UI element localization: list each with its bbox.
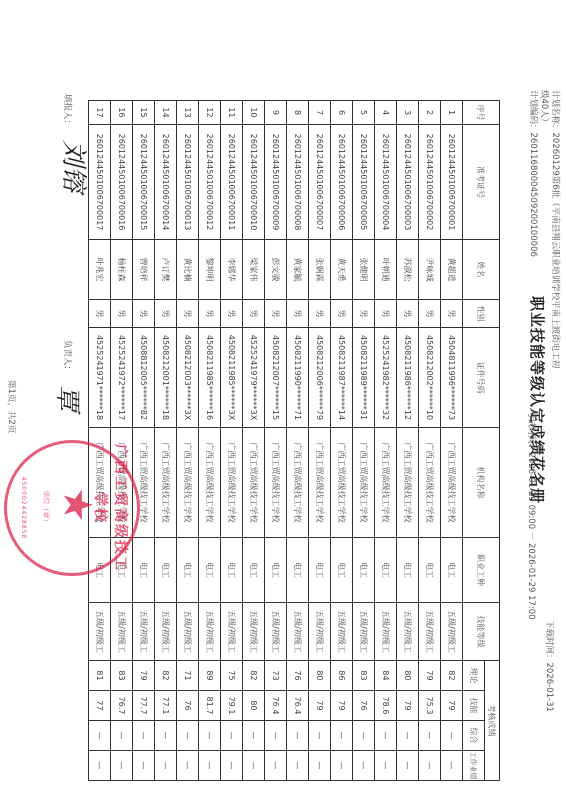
cell-skill: 79 [331, 691, 353, 721]
download-time-value: 2026-01-31 [544, 663, 554, 712]
cell-job: 电工 [419, 538, 441, 603]
download-time-label: 下载时间： [544, 620, 554, 663]
cell-level: 五级/初级工 [419, 603, 441, 661]
header-name: 姓名 [463, 240, 500, 300]
cell-theory: 86 [331, 661, 353, 691]
cell-skill: 77.7 [133, 691, 155, 721]
cell-ticket: 2601244501006700005 [353, 125, 375, 240]
cell-no: 14 [155, 101, 177, 125]
cell-sex: 男 [177, 300, 199, 328]
cell-skill: 79 [309, 691, 331, 721]
cell-skill: 78.6 [375, 691, 397, 721]
cell-level: 五级/初级工 [177, 603, 199, 661]
cell-no: 17 [89, 101, 111, 125]
cell-id: 4508212006******79 [309, 328, 331, 428]
cell-level: 五级/初级工 [287, 603, 309, 661]
cell-ticket: 2601244501006700013 [177, 125, 199, 240]
cell-name: 彭文骏 [265, 240, 287, 300]
cell-overall: — [441, 721, 463, 751]
filler-signature: 刘镕 [57, 140, 94, 192]
cell-id: 4525241971******18 [89, 328, 111, 428]
header-no: 序号 [463, 101, 500, 125]
cell-level: 五级/初级工 [375, 603, 397, 661]
header-ticket: 准考证号 [463, 125, 500, 240]
cell-name: 黄比楠 [177, 240, 199, 300]
table-row: 172601244501006700017叶兆宏男4525241971*****… [89, 101, 111, 781]
cell-level: 五级/初级工 [441, 603, 463, 661]
seal-sub-text: 单位（章） [41, 443, 51, 573]
cell-theory: 82 [243, 661, 265, 691]
plan-code-value: 26011680004509200100006 [528, 133, 538, 257]
header-overall: 综合 [463, 721, 485, 751]
cell-id: 4525241982******32 [375, 328, 397, 428]
cell-job: 电工 [133, 538, 155, 603]
cell-skill: 76.4 [265, 691, 287, 721]
cell-id: 4525241979******3X [243, 328, 265, 428]
cell-sex: 男 [375, 300, 397, 328]
header-id: 证件号码 [463, 328, 500, 428]
cell-sex: 男 [243, 300, 265, 328]
cell-id: 4508211987******14 [331, 328, 353, 428]
cell-theory: 76 [287, 661, 309, 691]
cell-no: 1 [441, 101, 463, 125]
cell-ticket: 2601244501006700010 [243, 125, 265, 240]
table-row: 52601244501006700005张健明男4508211989******… [353, 101, 375, 781]
exam-time: 考试时间：2026-01-29 09:00 － 2026-01-29 17:00 [526, 410, 538, 620]
table-row: 22601244501006700002尹咏城男4508212002******… [419, 101, 441, 781]
cell-ticket: 2601244501006700008 [287, 125, 309, 240]
cell-skill: 77.1 [155, 691, 177, 721]
cell-overall: — [111, 721, 133, 751]
cell-theory: 83 [111, 661, 133, 691]
cell-no: 5 [353, 101, 375, 125]
cell-overall: — [397, 721, 419, 751]
roster-body: 12601244501006700001黄超道男4504811996******… [89, 101, 463, 781]
cell-theory: 80 [397, 661, 419, 691]
responsible-label: 负责人： [62, 340, 74, 374]
cell-theory: 89 [199, 661, 221, 691]
table-row: 42601244501006700004叶朝通男4525241982******… [375, 101, 397, 781]
cell-org: 广西工贸高级技工学校 [177, 428, 199, 538]
header-org: 机构名称 [463, 428, 500, 538]
cell-org: 广西工贸高级技工学校 [331, 428, 353, 538]
cell-overall: — [89, 721, 111, 751]
cell-job: 电工 [199, 538, 221, 603]
cell-ticket: 2601244501006700016 [111, 125, 133, 240]
plan-name-label: 计划名称： [550, 90, 560, 133]
cell-id: 4508211985******3X [221, 328, 243, 428]
cell-level: 五级/初级工 [309, 603, 331, 661]
cell-theory: 83 [353, 661, 375, 691]
cell-no: 12 [199, 101, 221, 125]
cell-job: 电工 [265, 538, 287, 603]
cell-no: 13 [177, 101, 199, 125]
cell-theory: 81 [89, 661, 111, 691]
cell-name: 黄家毓 [287, 240, 309, 300]
cell-job: 电工 [287, 538, 309, 603]
cell-name: 叶兆宏 [89, 240, 111, 300]
cell-work: — [287, 751, 309, 781]
cell-ticket: 2601244501006700014 [155, 125, 177, 240]
cell-id: 4508211985******16 [199, 328, 221, 428]
exam-time-label: 考试时间： [526, 410, 536, 453]
plan-code-label: 计划编码： [528, 90, 538, 133]
cell-name: 张健明 [353, 240, 375, 300]
cell-sex: 男 [309, 300, 331, 328]
cell-overall: — [155, 721, 177, 751]
cell-job: 电工 [397, 538, 419, 603]
cell-sex: 男 [111, 300, 133, 328]
cell-work: — [397, 751, 419, 781]
cell-no: 15 [133, 101, 155, 125]
cell-theory: 73 [265, 661, 287, 691]
responsible-signature: 覃 [51, 385, 88, 411]
cell-work: — [243, 751, 265, 781]
cell-name: 杨柱森 [111, 240, 133, 300]
cell-overall: — [265, 721, 287, 751]
table-row: 162601244501006700016杨柱森男4525241972*****… [111, 101, 133, 781]
official-seal: 广西工贸高级技工学校 ★ 单位（章） 4509024428858 [4, 440, 140, 576]
cell-job: 电工 [331, 538, 353, 603]
table-row: 82601244501006700008黄家毓男4508211990******… [287, 101, 309, 781]
cell-name: 梁家伟 [243, 240, 265, 300]
filler-label: 填报人： [62, 94, 74, 128]
cell-org: 广西工贸高级技工学校 [419, 428, 441, 538]
cell-ticket: 2601244501006700012 [199, 125, 221, 240]
cell-work: — [419, 751, 441, 781]
cell-skill: 79 [397, 691, 419, 721]
table-row: 62601244501006700006黄天勇男4508211987******… [331, 101, 353, 781]
page-info: 第1页，共2页 [6, 380, 18, 433]
header-level: 技能等级 [463, 603, 500, 661]
cell-work: — [177, 751, 199, 781]
cell-no: 3 [397, 101, 419, 125]
cell-name: 张娴霖 [309, 240, 331, 300]
cell-level: 五级/初级工 [331, 603, 353, 661]
cell-level: 五级/初级工 [353, 603, 375, 661]
cell-work: — [111, 751, 133, 781]
table-row: 122601244501006700012黎坤明男4508211985*****… [199, 101, 221, 781]
table-row: 152601244501006700015曾培祥男4508812005*****… [133, 101, 155, 781]
cell-name: 黄超道 [441, 240, 463, 300]
download-time: 下载时间：2026-01-31 [544, 620, 556, 712]
cell-work: — [331, 751, 353, 781]
cell-level: 五级/初级工 [221, 603, 243, 661]
cell-skill: 75.3 [419, 691, 441, 721]
cell-theory: 79 [133, 661, 155, 691]
cell-no: 4 [375, 101, 397, 125]
cell-work: — [309, 751, 331, 781]
cell-id: 4508211990******71 [287, 328, 309, 428]
cell-job: 电工 [221, 538, 243, 603]
cell-id: 4525241972******17 [111, 328, 133, 428]
cell-name: 苏淑松 [397, 240, 419, 300]
cell-id: 4508212001******18 [155, 328, 177, 428]
cell-skill: 79.1 [221, 691, 243, 721]
cell-overall: — [199, 721, 221, 751]
cell-no: 8 [287, 101, 309, 125]
cell-level: 五级/初级工 [155, 603, 177, 661]
cell-org: 广西工贸高级技工学校 [221, 428, 243, 538]
document-page: 职业技能等级认定成绩花名册 计划名称：20260129第6批（平南县翔云职业培训… [0, 0, 566, 800]
cell-overall: — [221, 721, 243, 751]
cell-overall: — [243, 721, 265, 751]
star-icon: ★ [57, 487, 97, 523]
cell-theory: 71 [177, 661, 199, 691]
cell-ticket: 2601244501006700001 [441, 125, 463, 240]
cell-overall: — [419, 721, 441, 751]
cell-org: 广西工贸高级技工学校 [155, 428, 177, 538]
cell-skill: 80 [243, 691, 265, 721]
cell-overall: — [133, 721, 155, 751]
cell-overall: — [309, 721, 331, 751]
cell-ticket: 2601244501006700007 [309, 125, 331, 240]
cell-theory: 75 [221, 661, 243, 691]
cell-name: 黄天勇 [331, 240, 353, 300]
cell-org: 广西工贸高级技工学校 [243, 428, 265, 538]
cell-sex: 男 [331, 300, 353, 328]
cell-org: 广西工贸高级技工学校 [287, 428, 309, 538]
cell-job: 电工 [243, 538, 265, 603]
cell-level: 五级/初级工 [265, 603, 287, 661]
cell-overall: — [375, 721, 397, 751]
cell-org: 广西工贸高级技工学校 [199, 428, 221, 538]
cell-id: 4504811996******73 [441, 328, 463, 428]
cell-skill: 76.7 [111, 691, 133, 721]
cell-theory: 82 [155, 661, 177, 691]
cell-id: 4508211989******31 [353, 328, 375, 428]
cell-job: 电工 [375, 538, 397, 603]
cell-name: 尹咏城 [419, 240, 441, 300]
cell-overall: — [177, 721, 199, 751]
cell-job: 电工 [177, 538, 199, 603]
cell-id: 4508212003******3X [177, 328, 199, 428]
cell-org: 广西工贸高级技工学校 [353, 428, 375, 538]
cell-work: — [265, 751, 287, 781]
cell-id: 4508211986******12 [397, 328, 419, 428]
cell-sex: 男 [441, 300, 463, 328]
cell-sex: 男 [397, 300, 419, 328]
cell-work: — [155, 751, 177, 781]
cell-no: 7 [309, 101, 331, 125]
cell-work: — [375, 751, 397, 781]
cell-level: 五级/初级工 [133, 603, 155, 661]
cell-work: — [89, 751, 111, 781]
cell-skill: 76.4 [287, 691, 309, 721]
cell-id: 4508212002******10 [419, 328, 441, 428]
cell-sex: 男 [419, 300, 441, 328]
cell-name: 卢订樊 [155, 240, 177, 300]
cell-work: — [353, 751, 375, 781]
cell-name: 黎坤明 [199, 240, 221, 300]
cell-ticket: 2601244501006700015 [133, 125, 155, 240]
cell-level: 五级/初级工 [111, 603, 133, 661]
cell-name: 李娜华 [221, 240, 243, 300]
cell-org: 广西工贸高级技工学校 [441, 428, 463, 538]
cell-skill: 76 [353, 691, 375, 721]
cell-level: 五级/初级工 [243, 603, 265, 661]
cell-overall: — [353, 721, 375, 751]
score-roster-table: 序号 准考证号 姓名 性别 证件号码 机构名称 职业工种 技能等级 考核成绩 理… [88, 100, 500, 781]
cell-ticket: 2601244501006700011 [221, 125, 243, 240]
cell-org: 广西工贸高级技工学校 [309, 428, 331, 538]
cell-org: 广西工贸高级技工学校 [375, 428, 397, 538]
plan-name-continued: 级40人） [539, 90, 551, 126]
cell-no: 10 [243, 101, 265, 125]
cell-work: — [221, 751, 243, 781]
header-scores: 考核成绩 [485, 661, 500, 781]
cell-sex: 男 [155, 300, 177, 328]
cell-job: 电工 [353, 538, 375, 603]
cell-work: — [441, 751, 463, 781]
cell-overall: — [287, 721, 309, 751]
cell-ticket: 2601244501006700002 [419, 125, 441, 240]
cell-no: 9 [265, 101, 287, 125]
plan-name: 计划名称：20260129第6批（平南县翔云职业培训学校平南上渡街电工初 [550, 90, 562, 368]
header-skill: 技能 [463, 691, 485, 721]
cell-sex: 男 [133, 300, 155, 328]
table-row: 72601244501006700007张娴霖男4508212006******… [309, 101, 331, 781]
cell-sex: 男 [287, 300, 309, 328]
cell-id: 4508212007******15 [265, 328, 287, 428]
cell-no: 6 [331, 101, 353, 125]
cell-ticket: 2601244501006700004 [375, 125, 397, 240]
cell-job: 电工 [441, 538, 463, 603]
table-row: 102601244501006700010梁家伟男4525241979*****… [243, 101, 265, 781]
table-row: 92601244501006700009彭文骏男4508212007******… [265, 101, 287, 781]
cell-level: 五级/初级工 [199, 603, 221, 661]
cell-work: — [133, 751, 155, 781]
table-row: 112601244501006700011李娜华男4508211985*****… [221, 101, 243, 781]
cell-skill: 77 [89, 691, 111, 721]
exam-time-value: 2026-01-29 09:00 － 2026-01-29 17:00 [526, 453, 536, 620]
cell-no: 16 [111, 101, 133, 125]
cell-theory: 79 [419, 661, 441, 691]
cell-ticket: 2601244501006700003 [397, 125, 419, 240]
cell-skill: 76 [177, 691, 199, 721]
cell-ticket: 2601244501006700006 [331, 125, 353, 240]
table-row: 132601244501006700013黄比楠男4508212003*****… [177, 101, 199, 781]
cell-ticket: 2601244501006700009 [265, 125, 287, 240]
table-row: 142601244501006700014卢订樊男4508212001*****… [155, 101, 177, 781]
plan-code: 计划编码：26011680004509200100006 [528, 90, 540, 257]
cell-theory: 84 [375, 661, 397, 691]
cell-no: 11 [221, 101, 243, 125]
cell-sex: 男 [221, 300, 243, 328]
table-row: 12601244501006700001黄超道男4504811996******… [441, 101, 463, 781]
cell-skill: 79 [441, 691, 463, 721]
cell-sex: 男 [353, 300, 375, 328]
cell-org: 广西工贸高级技工学校 [397, 428, 419, 538]
cell-level: 五级/初级工 [89, 603, 111, 661]
cell-org: 广西工贸高级技工学校 [265, 428, 287, 538]
header-sex: 性别 [463, 300, 500, 328]
seal-code: 4509024428858 [20, 443, 27, 573]
header-work: 工作业绩 [463, 751, 485, 781]
cell-sex: 男 [265, 300, 287, 328]
cell-id: 4508812005******82 [133, 328, 155, 428]
header-theory: 理论 [463, 661, 485, 691]
cell-sex: 男 [199, 300, 221, 328]
cell-job: 电工 [155, 538, 177, 603]
cell-skill: 81.7 [199, 691, 221, 721]
cell-level: 五级/初级工 [397, 603, 419, 661]
cell-sex: 男 [89, 300, 111, 328]
table-row: 32601244501006700003苏淑松男4508211986******… [397, 101, 419, 781]
cell-job: 电工 [309, 538, 331, 603]
cell-overall: — [331, 721, 353, 751]
cell-work: — [199, 751, 221, 781]
cell-name: 曾培祥 [133, 240, 155, 300]
cell-name: 叶朝通 [375, 240, 397, 300]
cell-theory: 80 [309, 661, 331, 691]
cell-no: 2 [419, 101, 441, 125]
cell-theory: 82 [441, 661, 463, 691]
plan-name-value: 20260129第6批（平南县翔云职业培训学校平南上渡街电工初 [550, 133, 560, 369]
header-job: 职业工种 [463, 538, 500, 603]
